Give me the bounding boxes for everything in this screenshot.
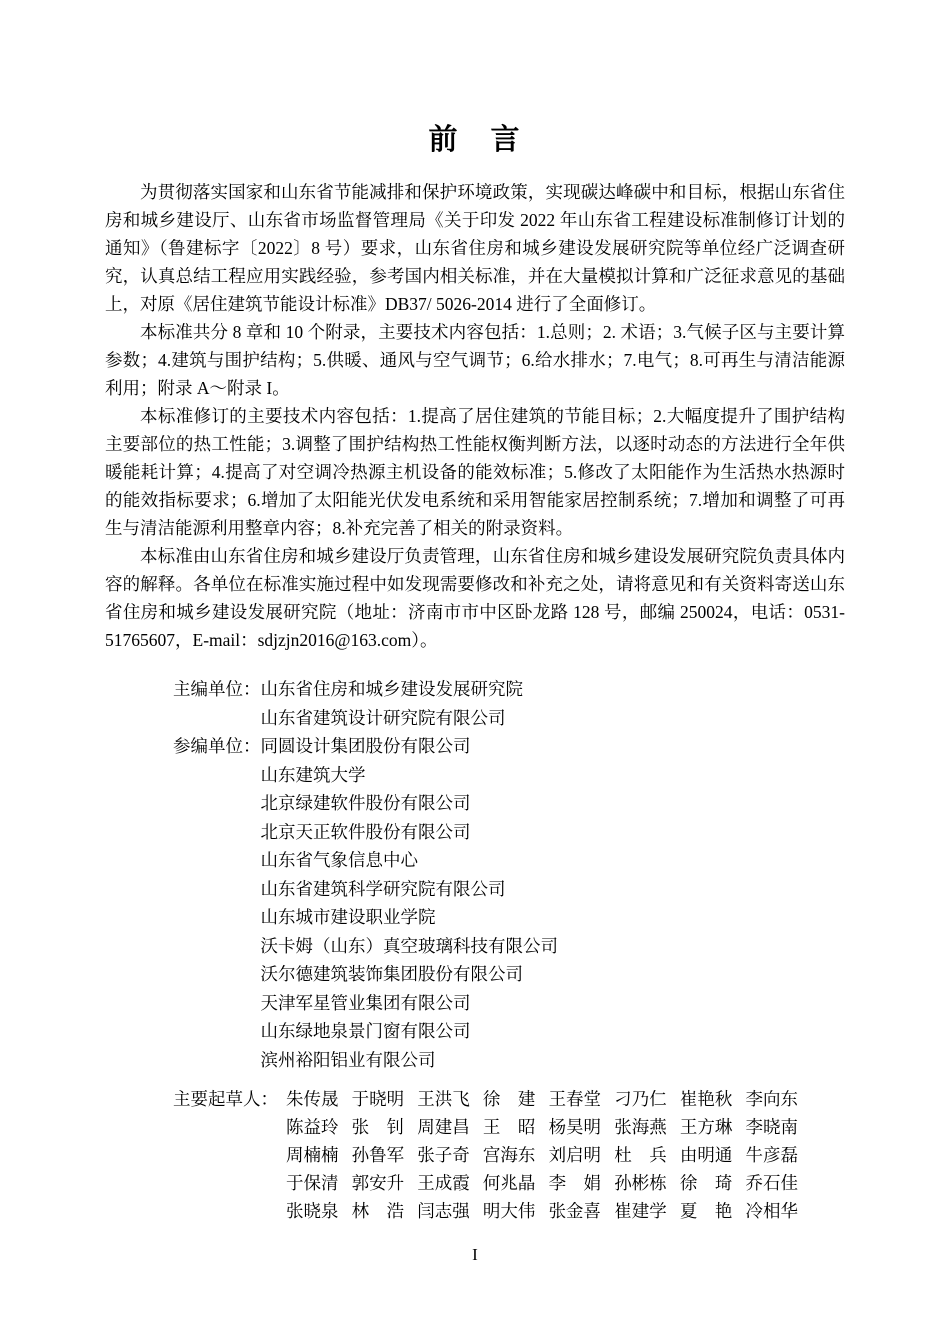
drafters-row: 张晓泉 林 浩 闫志强 明大伟 张金喜 崔建学 夏 艳 冷相华 xyxy=(286,1197,798,1225)
drafters-row: 陈益玲 张 钊 周建昌 王 昭 杨昊明 张海燕 王方琳 李晓南 xyxy=(286,1113,798,1141)
drafter-name: 张金喜 xyxy=(549,1197,602,1225)
drafter-name: 张海燕 xyxy=(614,1113,667,1141)
drafter-name: 李晓南 xyxy=(745,1113,798,1141)
drafter-name: 冷相华 xyxy=(745,1197,798,1225)
co-editor-organizations: 同圆设计集团股份有限公司 山东建筑大学 北京绿建软件股份有限公司 北京天正软件股… xyxy=(261,732,846,1074)
drafter-name: 夏 艳 xyxy=(680,1197,733,1225)
drafter-name: 李向东 xyxy=(745,1085,798,1113)
chief-editor-row: 主编单位： 山东省住房和城乡建设发展研究院 山东省建筑设计研究院有限公司 xyxy=(105,675,845,732)
drafter-name: 张 钊 xyxy=(352,1113,405,1141)
drafters-label: 主要起草人： xyxy=(173,1085,278,1113)
drafter-name: 孙鲁军 xyxy=(352,1141,405,1169)
drafter-name: 王成霞 xyxy=(417,1169,470,1197)
drafters-section: 主要起草人： 朱传晟 于晓明 王洪飞 徐 建 王春堂 刁乃仁 崔艳秋 李向东 陈… xyxy=(105,1085,798,1225)
drafter-name: 崔艳秋 xyxy=(680,1085,733,1113)
drafter-name: 杨昊明 xyxy=(549,1113,602,1141)
drafter-name: 朱传晟 xyxy=(286,1085,339,1113)
organization: 滨州裕阳铝业有限公司 xyxy=(261,1046,846,1075)
drafter-name: 崔建学 xyxy=(614,1197,667,1225)
drafter-name: 孙彬栋 xyxy=(614,1169,667,1197)
paragraph-contents: 本标准共分 8 章和 10 个附录，主要技术内容包括：1.总则；2. 术语；3.… xyxy=(105,318,845,402)
drafters-row: 朱传晟 于晓明 王洪飞 徐 建 王春堂 刁乃仁 崔艳秋 李向东 xyxy=(286,1085,798,1113)
drafter-name: 林 浩 xyxy=(352,1197,405,1225)
organization: 北京天正软件股份有限公司 xyxy=(261,818,846,847)
organization: 山东城市建设职业学院 xyxy=(261,903,846,932)
drafter-name: 徐 建 xyxy=(483,1085,536,1113)
chief-editor-label: 主编单位： xyxy=(173,675,261,704)
drafter-name: 张子奇 xyxy=(417,1141,470,1169)
organization: 山东省建筑科学研究院有限公司 xyxy=(261,875,846,904)
chief-editor-organizations: 山东省住房和城乡建设发展研究院 山东省建筑设计研究院有限公司 xyxy=(261,675,846,732)
organization: 山东省气象信息中心 xyxy=(261,846,846,875)
organization: 山东省建筑设计研究院有限公司 xyxy=(261,704,846,733)
organization: 沃卡姆（山东）真空玻璃科技有限公司 xyxy=(261,932,846,961)
document-page: 前 言 为贯彻落实国家和山东省节能减排和保护环境政策，实现碳达峰碳中和目标，根据… xyxy=(0,0,950,1344)
drafter-name: 王方琳 xyxy=(680,1113,733,1141)
drafter-name: 徐 琦 xyxy=(680,1169,733,1197)
organization: 山东绿地泉景门窗有限公司 xyxy=(261,1017,846,1046)
organization: 天津军星管业集团有限公司 xyxy=(261,989,846,1018)
organization: 山东省住房和城乡建设发展研究院 xyxy=(261,675,846,704)
drafter-name: 刁乃仁 xyxy=(614,1085,667,1113)
drafter-name: 陈益玲 xyxy=(286,1113,339,1141)
drafters-row: 于保清 郭安升 王成霞 何兆晶 李 娟 孙彬栋 徐 琦 乔石佳 xyxy=(286,1169,798,1197)
organization: 山东建筑大学 xyxy=(261,761,846,790)
drafter-name: 王洪飞 xyxy=(417,1085,470,1113)
drafter-name: 何兆晶 xyxy=(483,1169,536,1197)
drafter-name: 张晓泉 xyxy=(286,1197,339,1225)
drafter-name: 于保清 xyxy=(286,1169,339,1197)
co-editor-row: 参编单位： 同圆设计集团股份有限公司 山东建筑大学 北京绿建软件股份有限公司 北… xyxy=(105,732,845,1074)
drafters-row: 周楠楠 孙鲁军 张子奇 宫海东 刘启明 杜 兵 由明通 牛彦磊 xyxy=(286,1141,798,1169)
drafter-name: 周楠楠 xyxy=(286,1141,339,1169)
drafter-name: 周建昌 xyxy=(417,1113,470,1141)
drafter-name: 牛彦磊 xyxy=(745,1141,798,1169)
drafter-name: 郭安升 xyxy=(352,1169,405,1197)
page-title: 前 言 xyxy=(105,118,845,162)
page-number: I xyxy=(0,1243,950,1267)
co-editor-label: 参编单位： xyxy=(173,732,261,761)
drafter-name: 李 娟 xyxy=(549,1169,602,1197)
drafter-name: 杜 兵 xyxy=(614,1141,667,1169)
drafter-name: 明大伟 xyxy=(483,1197,536,1225)
organization: 北京绿建软件股份有限公司 xyxy=(261,789,846,818)
paragraph-intro: 为贯彻落实国家和山东省节能减排和保护环境政策，实现碳达峰碳中和目标，根据山东省住… xyxy=(105,178,845,318)
drafter-name: 乔石佳 xyxy=(745,1169,798,1197)
drafter-name: 于晓明 xyxy=(352,1085,405,1113)
drafter-name: 宫海东 xyxy=(483,1141,536,1169)
drafter-name: 闫志强 xyxy=(417,1197,470,1225)
page-content: 前 言 为贯彻落实国家和山东省节能减排和保护环境政策，实现碳达峰碳中和目标，根据… xyxy=(105,0,845,1225)
organization: 同圆设计集团股份有限公司 xyxy=(261,732,846,761)
drafter-name: 刘启明 xyxy=(549,1141,602,1169)
drafter-name: 王春堂 xyxy=(549,1085,602,1113)
paragraph-revisions: 本标准修订的主要技术内容包括：1.提高了居住建筑的节能目标；2.大幅度提升了围护… xyxy=(105,402,845,542)
paragraph-management: 本标准由山东省住房和城乡建设厅负责管理，山东省住房和城乡建设发展研究院负责具体内… xyxy=(105,542,845,654)
drafter-name: 王 昭 xyxy=(483,1113,536,1141)
editing-units-section: 主编单位： 山东省住房和城乡建设发展研究院 山东省建筑设计研究院有限公司 参编单… xyxy=(105,675,845,1074)
drafter-name: 由明通 xyxy=(680,1141,733,1169)
organization: 沃尔德建筑装饰集团股份有限公司 xyxy=(261,960,846,989)
